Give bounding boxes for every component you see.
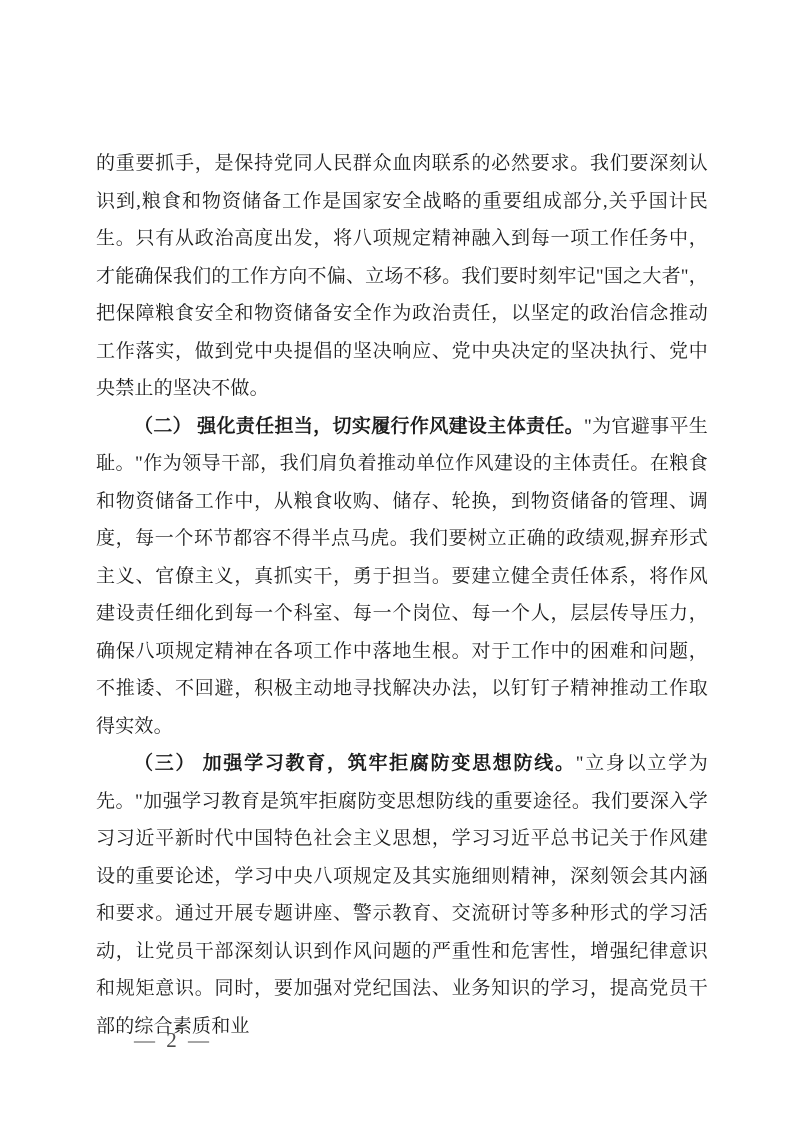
paragraph-text: 的重要抓手，是保持党同人民群众血肉联系的必然要求。我们要深刻认识到,粮食和物资储… [96, 153, 708, 399]
paragraph-section-3: （三） 加强学习教育，筑牢拒腐防变思想防线。"立身以立学为先。"加强学习教育是筑… [96, 745, 708, 1045]
document-page: 的重要抓手，是保持党同人民群众血肉联系的必然要求。我们要深刻认识到,粮食和物资储… [0, 0, 793, 1122]
section-2-heading: （二） 强化责任担当，切实履行作风建设主体责任。 [134, 416, 584, 437]
section-3-heading: （三） 加强学习教育，筑牢拒腐防变思想防线。 [134, 753, 576, 774]
paragraph-continuation: 的重要抓手，是保持党同人民群众血肉联系的必然要求。我们要深刻认识到,粮食和物资储… [96, 145, 708, 408]
section-2-body-text: "为官避事平生耻。"作为领导干部，我们肩负着推动单位作风建设的主体责任。在粮食和… [96, 416, 708, 737]
page-number: — 2 — [134, 1028, 212, 1052]
document-body: 的重要抓手，是保持党同人民群众血肉联系的必然要求。我们要深刻认识到,粮食和物资储… [96, 145, 708, 1045]
paragraph-section-2: （二） 强化责任担当，切实履行作风建设主体责任。"为官避事平生耻。"作为领导干部… [96, 408, 708, 746]
section-3-body-text: "立身以立学为先。"加强学习教育是筑牢拒腐防变思想防线的重要途径。我们要深入学习… [96, 753, 708, 1037]
